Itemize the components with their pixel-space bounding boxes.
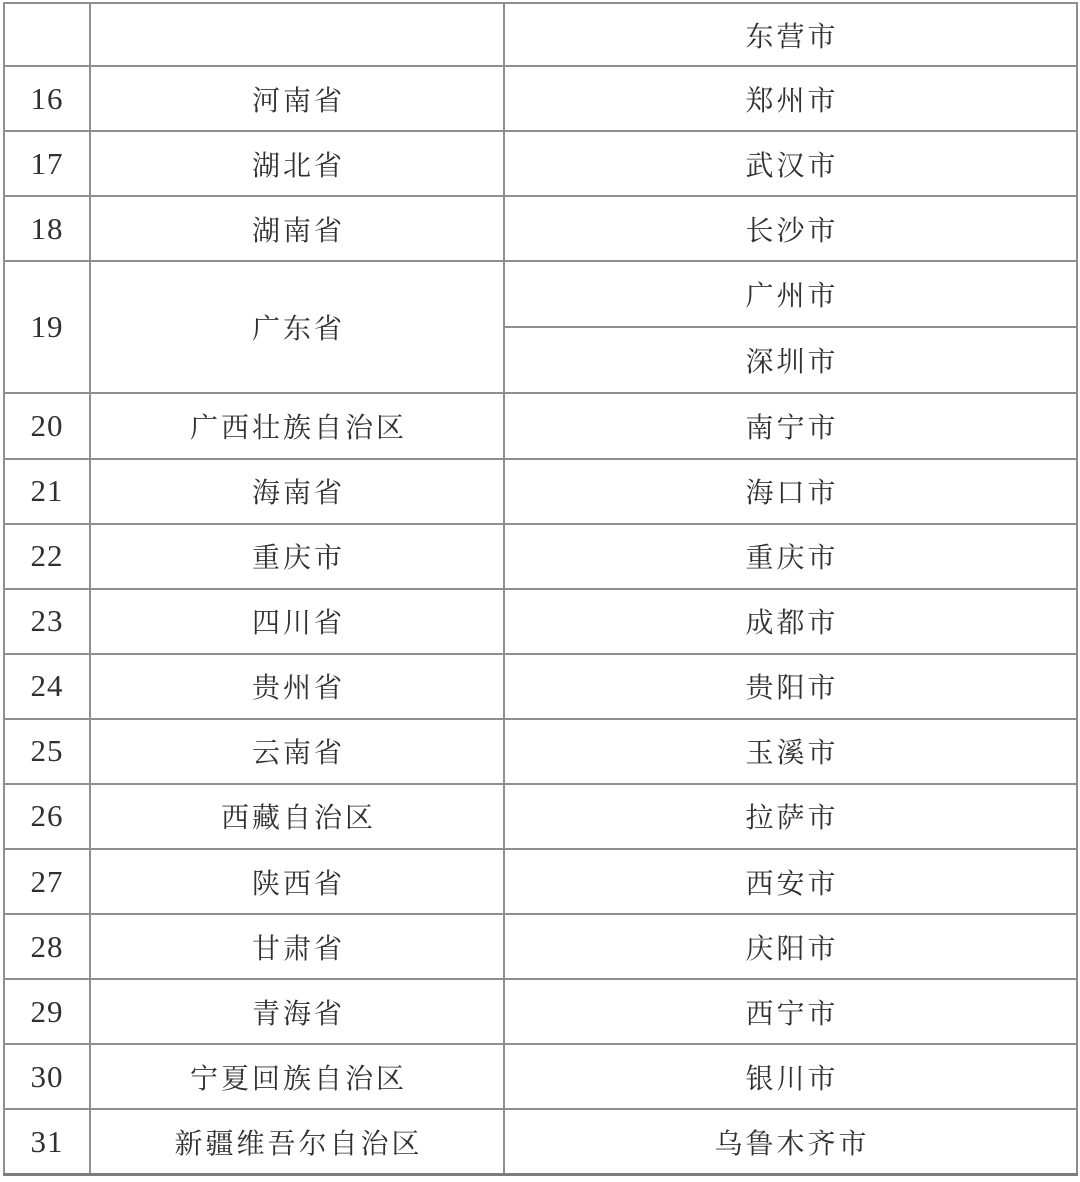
city-cell: 深圳市 bbox=[504, 327, 1077, 393]
city-cell: 庆阳市 bbox=[504, 914, 1077, 979]
city-cell: 南宁市 bbox=[504, 393, 1077, 458]
row-number-cell: 17 bbox=[4, 131, 90, 196]
table-row: 26 西藏自治区 拉萨市 bbox=[4, 784, 1077, 849]
province-city-table: 东营市 16 河南省 郑州市 17 湖北省 武汉市 18 湖南省 长沙市 19 … bbox=[3, 2, 1078, 1176]
city-cell: 广州市 bbox=[504, 261, 1077, 327]
row-number-cell: 30 bbox=[4, 1044, 90, 1109]
table-row: 22 重庆市 重庆市 bbox=[4, 524, 1077, 589]
table-row: 30 宁夏回族自治区 银川市 bbox=[4, 1044, 1077, 1109]
table-row: 东营市 bbox=[4, 3, 1077, 66]
city-cell: 重庆市 bbox=[504, 524, 1077, 589]
row-number-cell: 16 bbox=[4, 66, 90, 131]
province-cell: 河南省 bbox=[90, 66, 504, 131]
province-cell: 湖北省 bbox=[90, 131, 504, 196]
province-cell: 海南省 bbox=[90, 459, 504, 524]
table-row: 29 青海省 西宁市 bbox=[4, 979, 1077, 1044]
table-row: 23 四川省 成都市 bbox=[4, 589, 1077, 654]
table-row: 28 甘肃省 庆阳市 bbox=[4, 914, 1077, 979]
row-number-cell: 18 bbox=[4, 196, 90, 261]
province-cell: 广西壮族自治区 bbox=[90, 393, 504, 458]
province-cell: 重庆市 bbox=[90, 524, 504, 589]
city-cell: 东营市 bbox=[504, 3, 1077, 66]
city-cell: 贵阳市 bbox=[504, 654, 1077, 719]
table-row: 27 陕西省 西安市 bbox=[4, 849, 1077, 914]
table-row: 16 河南省 郑州市 bbox=[4, 66, 1077, 131]
province-cell: 云南省 bbox=[90, 719, 504, 784]
city-cell: 长沙市 bbox=[504, 196, 1077, 261]
city-cell: 西宁市 bbox=[504, 979, 1077, 1044]
province-cell: 甘肃省 bbox=[90, 914, 504, 979]
city-cell: 武汉市 bbox=[504, 131, 1077, 196]
city-cell: 拉萨市 bbox=[504, 784, 1077, 849]
row-number-cell: 19 bbox=[4, 261, 90, 393]
city-cell: 西安市 bbox=[504, 849, 1077, 914]
province-cell: 新疆维吾尔自治区 bbox=[90, 1109, 504, 1174]
province-cell: 宁夏回族自治区 bbox=[90, 1044, 504, 1109]
row-number-cell: 22 bbox=[4, 524, 90, 589]
province-cell: 四川省 bbox=[90, 589, 504, 654]
row-number-cell: 27 bbox=[4, 849, 90, 914]
province-cell bbox=[90, 3, 504, 66]
province-cell: 贵州省 bbox=[90, 654, 504, 719]
table-row: 17 湖北省 武汉市 bbox=[4, 131, 1077, 196]
row-number-cell: 31 bbox=[4, 1109, 90, 1174]
row-number-cell: 23 bbox=[4, 589, 90, 654]
document-page: 东营市 16 河南省 郑州市 17 湖北省 武汉市 18 湖南省 长沙市 19 … bbox=[0, 0, 1080, 1182]
row-number-cell: 29 bbox=[4, 979, 90, 1044]
province-cell: 西藏自治区 bbox=[90, 784, 504, 849]
row-number-cell: 28 bbox=[4, 914, 90, 979]
city-cell: 海口市 bbox=[504, 459, 1077, 524]
row-number-cell: 20 bbox=[4, 393, 90, 458]
table-row: 21 海南省 海口市 bbox=[4, 459, 1077, 524]
province-cell: 湖南省 bbox=[90, 196, 504, 261]
city-cell: 银川市 bbox=[504, 1044, 1077, 1109]
table-row: 20 广西壮族自治区 南宁市 bbox=[4, 393, 1077, 458]
table-row: 19 广东省 广州市 bbox=[4, 261, 1077, 327]
row-number-cell: 21 bbox=[4, 459, 90, 524]
province-cell: 广东省 bbox=[90, 261, 504, 393]
province-cell: 陕西省 bbox=[90, 849, 504, 914]
table-row: 25 云南省 玉溪市 bbox=[4, 719, 1077, 784]
table-row: 24 贵州省 贵阳市 bbox=[4, 654, 1077, 719]
city-cell: 玉溪市 bbox=[504, 719, 1077, 784]
city-cell: 成都市 bbox=[504, 589, 1077, 654]
province-cell: 青海省 bbox=[90, 979, 504, 1044]
table-row: 18 湖南省 长沙市 bbox=[4, 196, 1077, 261]
row-number-cell: 26 bbox=[4, 784, 90, 849]
row-number-cell bbox=[4, 3, 90, 66]
row-number-cell: 25 bbox=[4, 719, 90, 784]
city-cell: 乌鲁木齐市 bbox=[504, 1109, 1077, 1174]
table-row: 31 新疆维吾尔自治区 乌鲁木齐市 bbox=[4, 1109, 1077, 1174]
city-cell: 郑州市 bbox=[504, 66, 1077, 131]
row-number-cell: 24 bbox=[4, 654, 90, 719]
